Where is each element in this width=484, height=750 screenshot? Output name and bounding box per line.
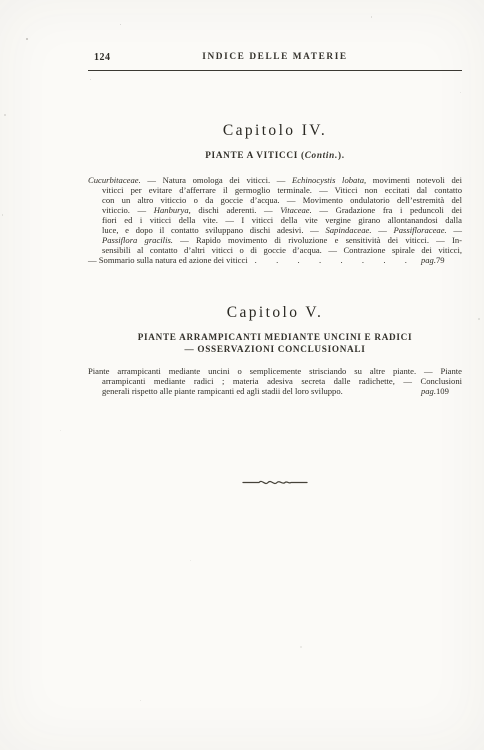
text-line: fiori ed i viticci della vite. — I vitic… — [88, 215, 462, 225]
chapter-4-entry: Cucurbitaceae. — Natura omologa dei viti… — [88, 175, 462, 265]
page-ref-number: 109 — [436, 386, 462, 396]
text-line: arrampicanti mediante radici ; materia a… — [88, 376, 462, 386]
text-line: Piante arrampicanti mediante uncini o se… — [88, 366, 462, 376]
text-line: sensibili al contatto d’altri viticci o … — [88, 245, 462, 255]
scan-speck — [120, 24, 121, 25]
text-line: viticci per evitare d’afferrare il germo… — [88, 185, 462, 195]
text-line: PIANTE A VITICCI (Contin.). — [88, 150, 462, 162]
chapter-5-entry: Piante arrampicanti mediante uncini o se… — [88, 366, 462, 396]
squiggle-divider-icon — [88, 478, 462, 488]
running-header-title: INDICE DELLE MATERIE — [88, 52, 462, 62]
scan-speck — [26, 38, 28, 40]
text-line: Passiflora gracilis. — Rapido movimento … — [88, 235, 462, 245]
chapter-4-heading: Capitolo IV. — [88, 123, 462, 139]
text-line: PIANTE ARRAMPICANTI MEDIANTE UNCINI E RA… — [88, 332, 462, 344]
scan-speck — [90, 79, 91, 80]
scanned-book-page: 124 INDICE DELLE MATERIE Capitolo IV. PI… — [0, 0, 484, 750]
header-rule — [88, 70, 462, 71]
dot-leader: . . . . . . . . — [255, 255, 408, 265]
scan-speck — [140, 700, 141, 701]
chapter-5-subtitle: PIANTE ARRAMPICANTI MEDIANTE UNCINI E RA… — [88, 332, 462, 355]
scan-speck — [190, 560, 191, 561]
text-line: — OSSERVAZIONI CONCLUSIONALI — [88, 344, 462, 356]
text-line: generali rispetto alle piante rampicanti… — [88, 386, 462, 396]
text-line: luce, e dopo il contatto sviluppano disc… — [88, 225, 462, 235]
page-ref-label: pag. — [421, 386, 436, 396]
page-ref-number: 79 — [436, 255, 462, 265]
page-ref-label: pag. — [421, 255, 436, 265]
text-line: viticcio. — Hanburya, dischi aderenti. —… — [88, 205, 462, 215]
scan-speck — [2, 214, 3, 216]
text-line: Cucurbitaceae. — Natura omologa dei viti… — [88, 175, 462, 185]
text-line: — Sommario sulla natura ed azione dei vi… — [88, 255, 462, 265]
running-header-row: 124 INDICE DELLE MATERIE — [88, 52, 462, 65]
scan-speck — [460, 92, 461, 93]
scan-speck — [60, 430, 61, 431]
scan-speck — [300, 646, 302, 648]
scan-speck — [4, 114, 6, 116]
chapter-5-heading: Capitolo V. — [88, 305, 462, 321]
scan-speck — [478, 318, 480, 320]
chapter-4-subtitle: PIANTE A VITICCI (Contin.). — [88, 150, 462, 162]
scan-speck — [371, 16, 372, 18]
text-line: con un altro viticcio o da goccie d’acqu… — [88, 195, 462, 205]
